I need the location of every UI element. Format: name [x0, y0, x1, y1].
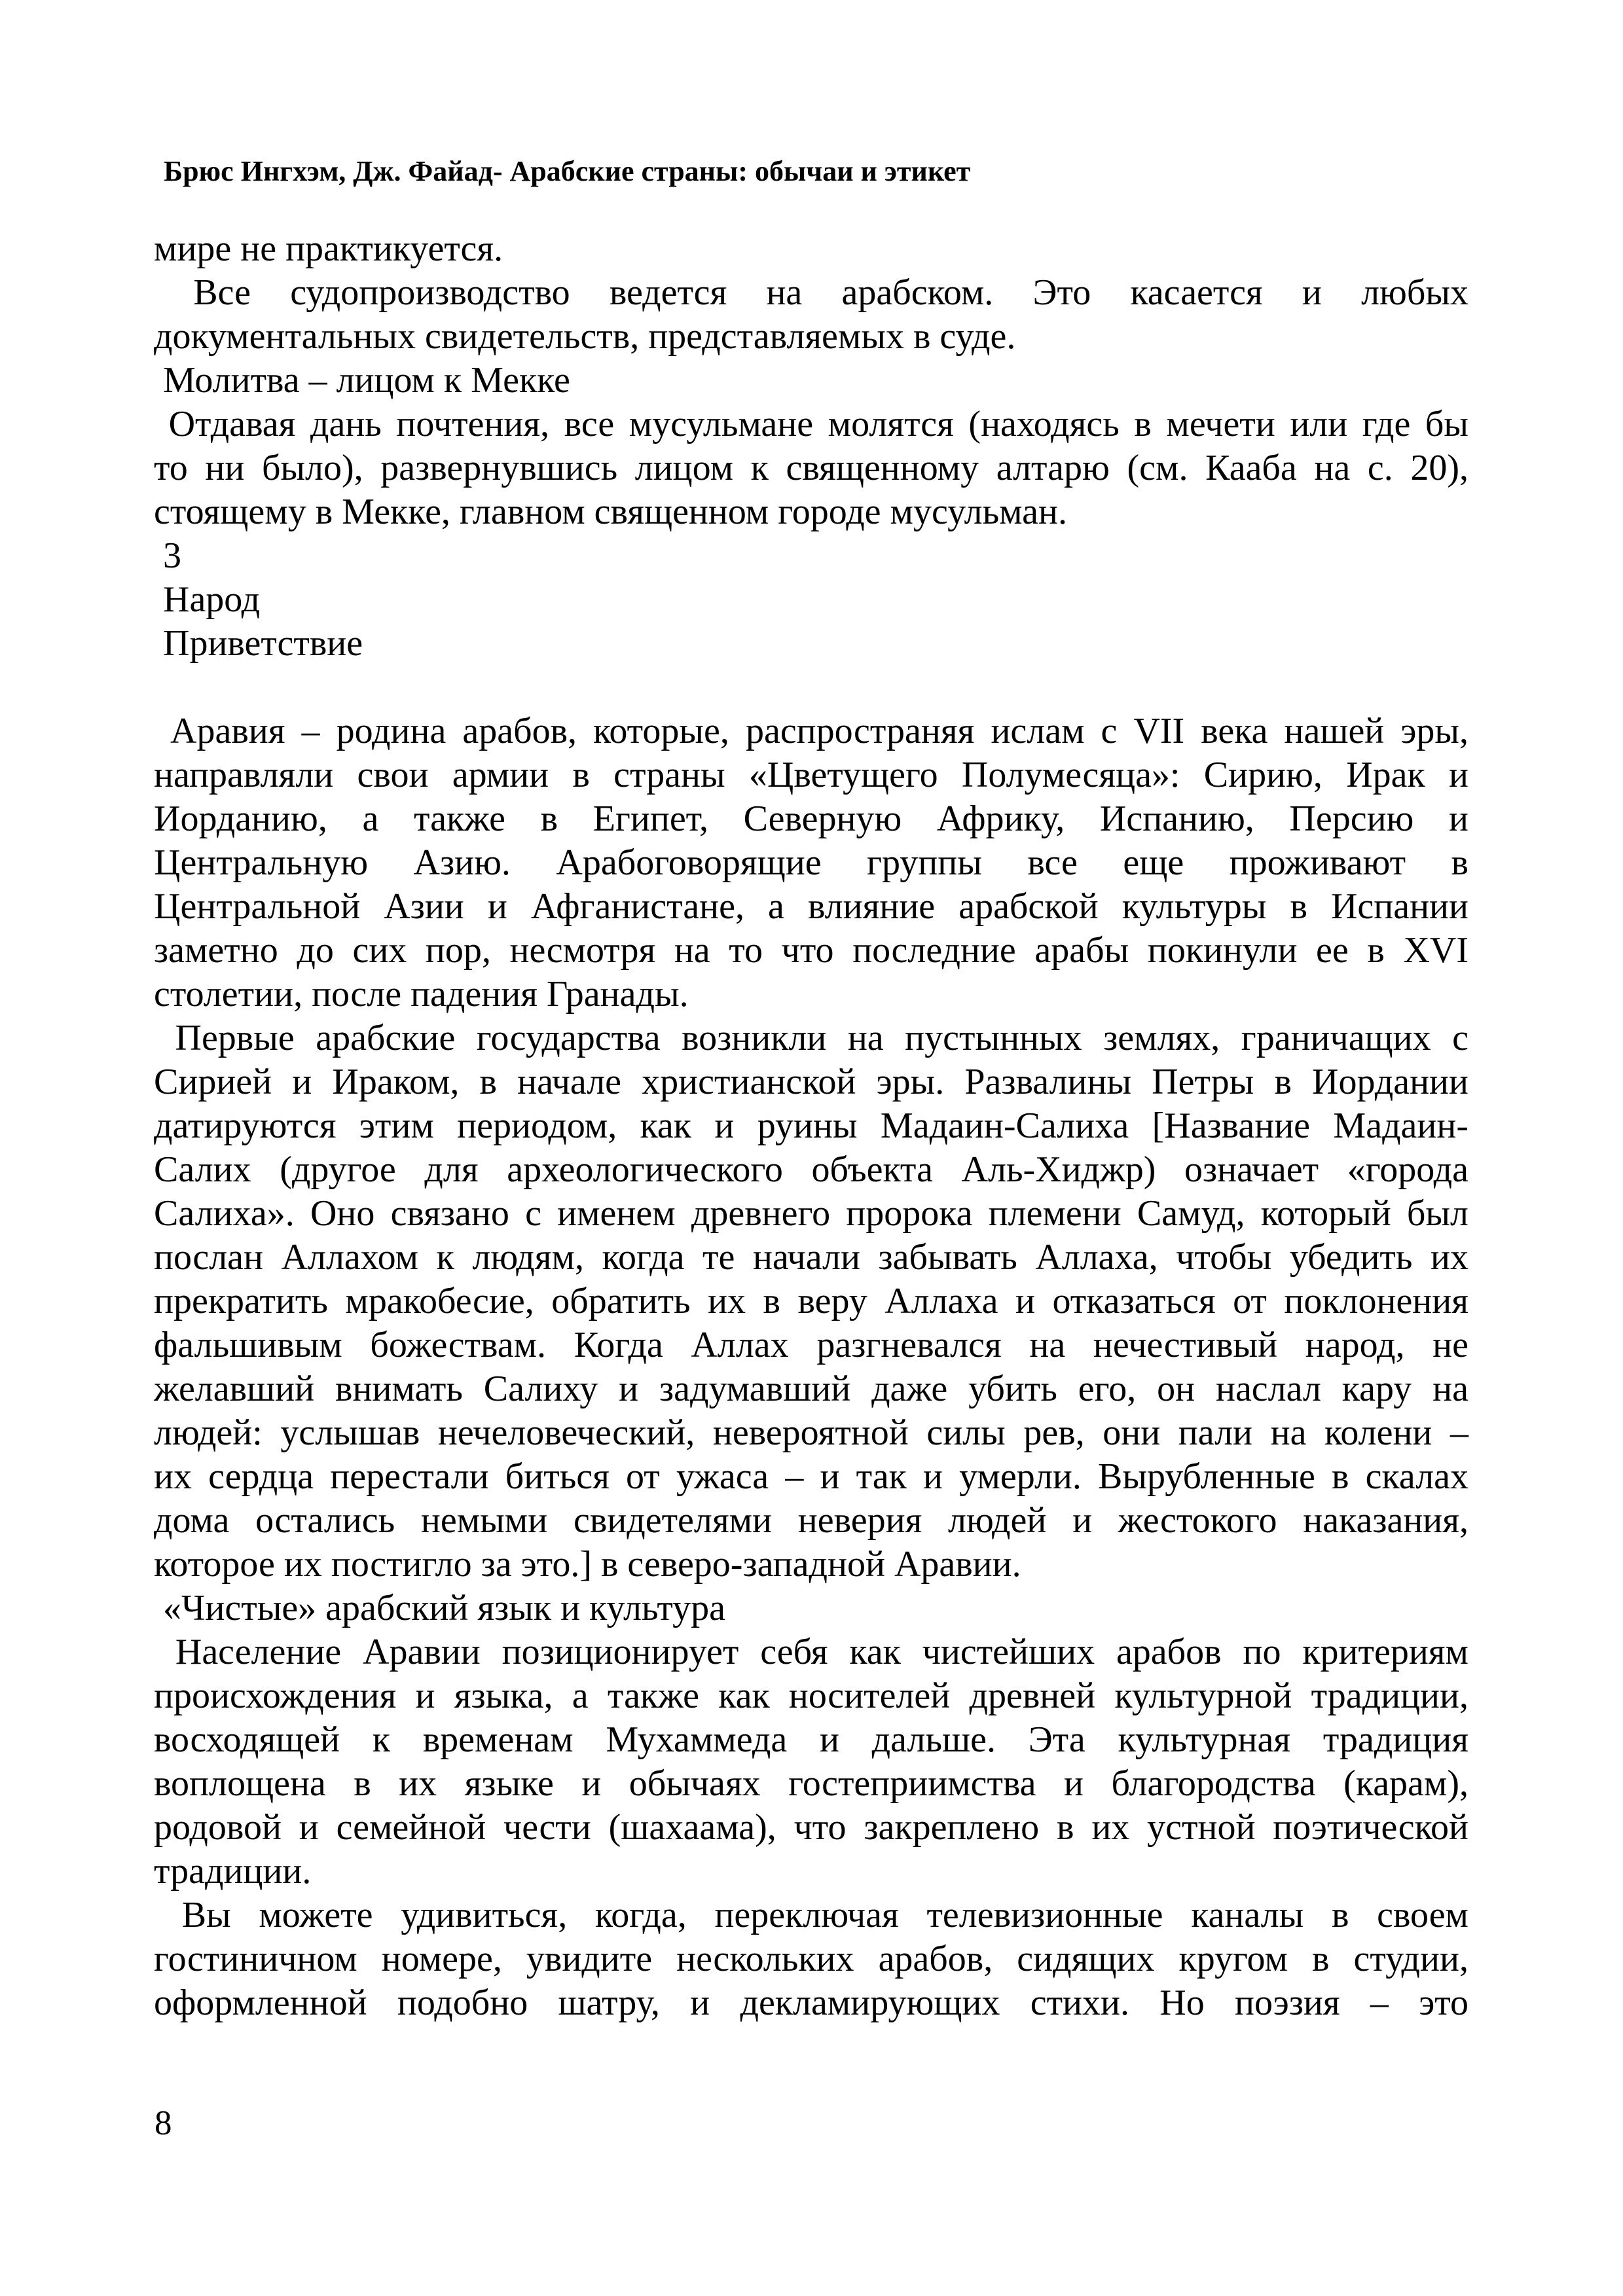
text-line: их сердца перестали биться от ужаса – и … — [154, 1455, 1468, 1499]
text-line: Салиха». Оно связано с именем древнего п… — [154, 1192, 1468, 1236]
text-line: мире не практикуется. — [154, 227, 1468, 271]
text-line: 3 — [154, 534, 1468, 578]
text-line: традиции. — [154, 1850, 1468, 1893]
text-line: гостиничном номере, увидите нескольких а… — [154, 1937, 1468, 1981]
text-line: то ни было), развернувшись лицом к свяще… — [154, 446, 1468, 490]
text-line: Центральную Азию. Арабоговорящие группы … — [154, 841, 1468, 885]
text-line: Салих (другое для археологического объек… — [154, 1148, 1468, 1192]
text-line: которое их постигло за это.] в северо-за… — [154, 1543, 1468, 1587]
text-line: Население Аравии позиционирует себя как … — [154, 1630, 1468, 1674]
text-line: Народ — [154, 578, 1468, 622]
text-line: документальных свидетельств, представляе… — [154, 315, 1468, 359]
text-line: датируются этим периодом, как и руины Ма… — [154, 1104, 1468, 1148]
text-line: оформленной подобно шатру, и декламирующ… — [154, 1981, 1468, 2025]
text-line: Сирией и Ираком, в начале христианской э… — [154, 1060, 1468, 1104]
body-text: мире не практикуется. Все судопроизводст… — [154, 227, 1468, 2025]
text-line: фальшивым божествам. Когда Аллах разгнев… — [154, 1323, 1468, 1367]
text-line: воплощена в их языке и обычаях гостеприи… — [154, 1762, 1468, 1806]
text-line: Центральной Азии и Афганистане, а влияни… — [154, 885, 1468, 929]
text-line: Иорданию, а также в Египет, Северную Афр… — [154, 797, 1468, 841]
text-line: Приветствие — [154, 622, 1468, 666]
text-line: Все судопроизводство ведется на арабском… — [154, 271, 1468, 315]
text-line: происхождения и языка, а также как носит… — [154, 1674, 1468, 1718]
text-line: людей: услышав нечеловеческий, невероятн… — [154, 1411, 1468, 1455]
text-line: Молитва – лицом к Мекке — [154, 359, 1468, 403]
text-line: Первые арабские государства возникли на … — [154, 1016, 1468, 1060]
text-line: послан Аллахом к людям, когда те начали … — [154, 1236, 1468, 1280]
text-line: дома остались немыми свидетелями неверия… — [154, 1499, 1468, 1543]
text-line: заметно до сих пор, несмотря на то что п… — [154, 929, 1468, 973]
text-line: прекратить мракобесие, обратить их в вер… — [154, 1280, 1468, 1323]
page-number: 8 — [155, 2104, 172, 2143]
text-line: столетии, после падения Гранады. — [154, 973, 1468, 1016]
text-line: «Чистые» арабский язык и культура — [154, 1587, 1468, 1630]
text-line: восходящей к временам Мухаммеда и дальше… — [154, 1718, 1468, 1762]
text-line: Аравия – родина арабов, которые, распрос… — [154, 709, 1468, 753]
text-line: родовой и семейной чести (шахаама), что … — [154, 1806, 1468, 1850]
text-line: стоящему в Мекке, главном священном горо… — [154, 490, 1468, 534]
text-line: направляли свои армии в страны «Цветущег… — [154, 753, 1468, 797]
text-line — [154, 666, 1468, 709]
text-line: желавший внимать Салиху и задумавший даж… — [154, 1367, 1468, 1411]
running-header: Брюс Ингхэм, Дж. Файад- Арабские страны:… — [164, 155, 970, 188]
text-line: Вы можете удивиться, когда, переключая т… — [154, 1893, 1468, 1937]
text-line: Отдавая дань почтения, все мусульмане мо… — [154, 403, 1468, 446]
book-page: Брюс Ингхэм, Дж. Файад- Арабские страны:… — [0, 0, 1623, 2296]
